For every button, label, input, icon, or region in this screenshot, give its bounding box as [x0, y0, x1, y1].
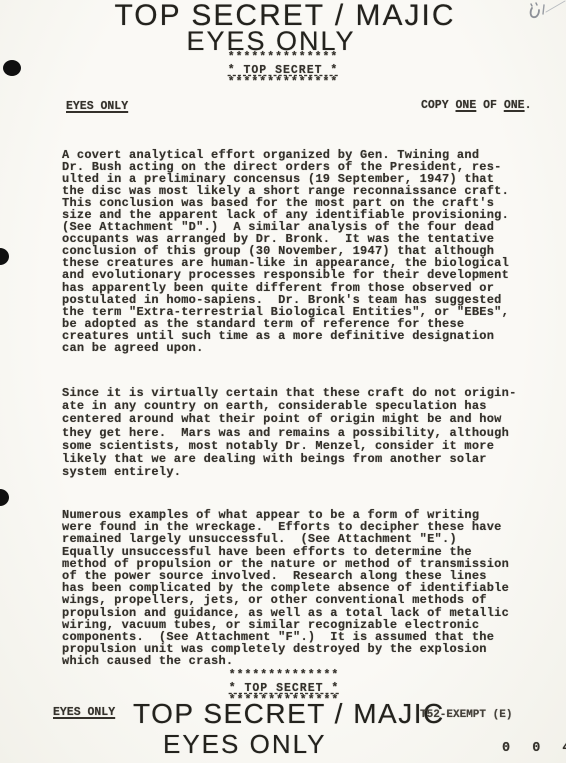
copy-suffix: .: [525, 99, 532, 112]
footer-classification-subtitle: EYES ONLY: [163, 731, 326, 757]
text-line: be adopted as the standard term of refer…: [62, 318, 509, 330]
text-line: postulated in homo-sapiens. Dr. Bronk's …: [62, 294, 509, 306]
text-line: wings, propellers, jets, or other conven…: [62, 594, 509, 606]
document-page: TOP SECRET / MAJIC EYES ONLY ***********…: [0, 0, 566, 763]
paragraph-2: Since it is virtually certain that these…: [62, 387, 517, 479]
text-line: creatures until such time as a more defi…: [62, 330, 509, 342]
text-line: remained largely unsuccessful. (See Atta…: [62, 533, 509, 545]
stamp-border-row: **************: [228, 77, 339, 90]
text-line: which caused the crash.: [62, 655, 509, 667]
text-line: can be agreed upon.: [62, 342, 509, 354]
paragraph-1: A covert analytical effort organized by …: [62, 149, 509, 354]
text-line: centered around what their point of orig…: [62, 413, 517, 426]
text-line: the term "Extra-terrestrial Biological E…: [62, 306, 509, 318]
copy-prefix: COPY: [421, 99, 456, 112]
page-number: 0 0 4: [502, 741, 566, 756]
hole-punch-mark: [0, 489, 9, 506]
eyes-only-footer: EYES ONLY: [53, 706, 115, 719]
text-line: propulsion and guidance, as well as a to…: [62, 607, 509, 619]
text-line: Equally unsuccessful have been efforts t…: [62, 546, 509, 558]
copy-count-1: ONE: [456, 99, 477, 112]
copy-middle: OF: [476, 99, 504, 112]
eyes-only-header: EYES ONLY: [66, 100, 128, 113]
exemption-label: T52-EXEMPT (E): [420, 709, 512, 721]
hole-punch-mark: [0, 248, 9, 265]
stamp-border-row: **************: [228, 52, 339, 65]
footer-classification-title: TOP SECRET / MAJIC: [133, 700, 445, 728]
top-secret-stamp: ************** * TOP SECRET * **********…: [228, 52, 339, 90]
text-line: has apparently been quite different from…: [62, 282, 509, 294]
copy-count-label: COPY ONE OF ONE.: [421, 99, 531, 112]
handwritten-pencil-mark: [520, 0, 566, 30]
hole-punch-mark: [3, 60, 21, 76]
text-line: and evolutionary processes responsible f…: [62, 269, 509, 281]
paragraph-3: Numerous examples of what appear to be a…: [62, 509, 509, 668]
stamp-border-row: **************: [229, 670, 340, 683]
text-line: system entirely.: [62, 466, 517, 479]
copy-count-2: ONE: [504, 99, 525, 112]
text-line: they get here. Mars was and remains a po…: [62, 427, 517, 440]
